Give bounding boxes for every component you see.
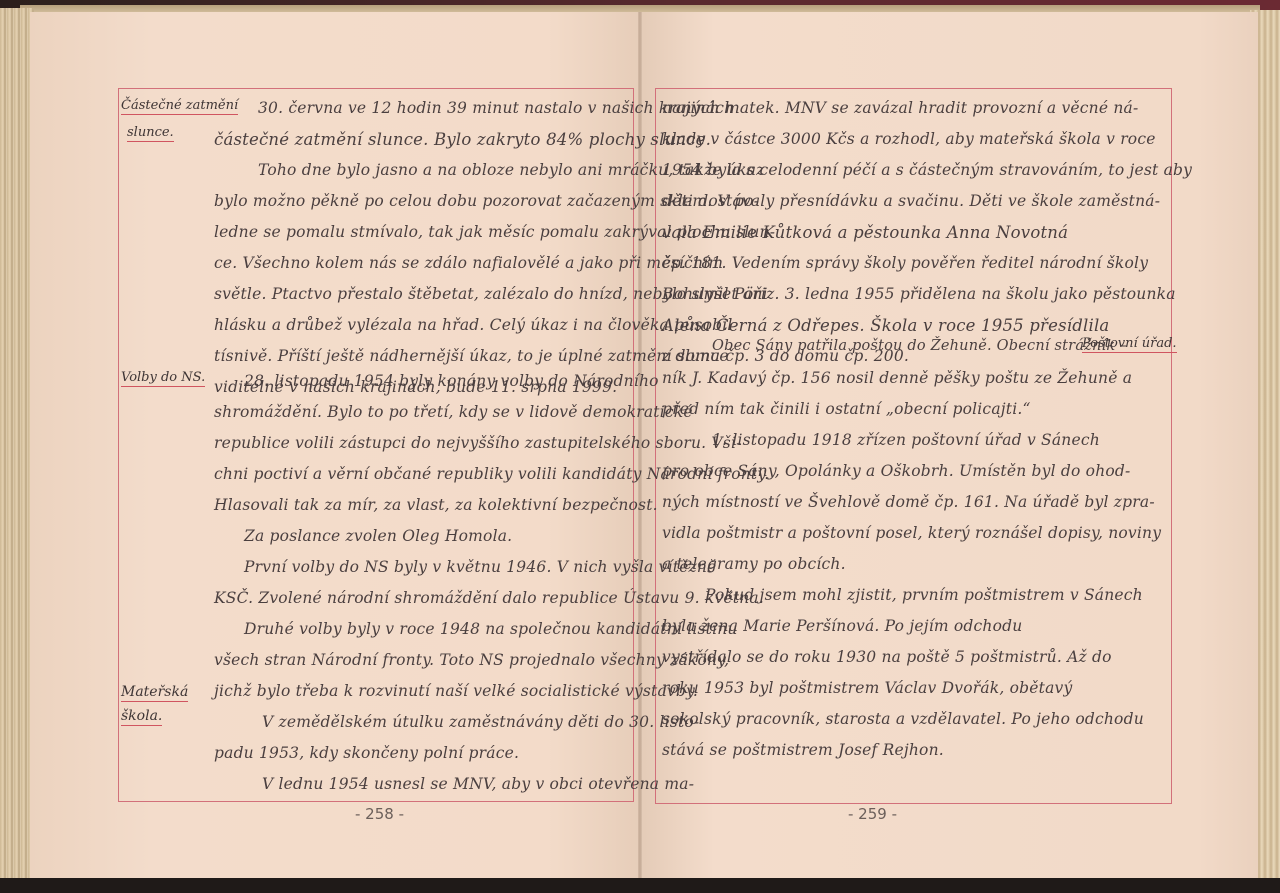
scan-background xyxy=(0,878,1280,893)
page-number-left: - 258 - xyxy=(355,805,404,823)
text-line: stává se poštmistrem Josef Rejhon. xyxy=(662,741,944,759)
text-line: Bohumil Pöřiz. 3. ledna 1955 přidělena n… xyxy=(662,285,1176,303)
text-line: tísnivě. Příští ještě nádhernější úkaz, … xyxy=(214,347,729,365)
text-line: V lednu 1954 usnesl se MNV, aby v obci o… xyxy=(262,775,694,793)
text-line: ných místností ve Švehlově domě čp. 161.… xyxy=(662,493,1155,511)
text-line: republice volili zástupci do nejvyššího … xyxy=(214,434,742,452)
text-line: První volby do NS byly v květnu 1946. V … xyxy=(244,558,716,576)
text-line: 1. listopadu 1918 zřízen poštovní úřad v… xyxy=(712,431,1100,449)
margin-note-line: Volby do NS. xyxy=(121,370,205,387)
text-line: sokolský pracovník, starosta a vzdělavat… xyxy=(662,710,1144,728)
page-stack-left xyxy=(0,8,34,880)
text-line: Alena Černá z Odřepes. Škola v roce 1955… xyxy=(662,316,1109,335)
text-line: a telegramy po obcích. xyxy=(662,555,846,573)
text-line: 28. listopadu 1954 byly konány volby do … xyxy=(244,372,659,390)
margin-note-line: slunce. xyxy=(127,125,174,142)
text-line: 1954 byla s celodenní péčí a s částečným… xyxy=(662,161,1192,179)
text-line: pro obce Sány, Opolánky a Oškobrh. Umíst… xyxy=(662,462,1131,480)
text-line: roku 1953 byl poštmistrem Václav Dvořák,… xyxy=(662,679,1072,697)
text-line: před ním tak činili i ostatní „obecní po… xyxy=(662,400,1031,418)
text-line: klady v částce 3000 Kčs a rozhodl, aby m… xyxy=(662,130,1156,148)
text-line: částečné zatmění slunce. Bylo zakryto 84… xyxy=(214,130,711,149)
text-line-post-intro: Obec Sány patřila poštou do Žehuně. Obec… xyxy=(712,338,1128,354)
text-line: ce. Všechno kolem nás se zdálo nafialově… xyxy=(214,254,723,272)
text-line: vystřídalo se do roku 1930 na poště 5 po… xyxy=(662,648,1112,666)
text-line: děti dostávaly přesnídávku a svačinu. Dě… xyxy=(662,192,1160,210)
text-line: všech stran Národní fronty. Toto NS proj… xyxy=(214,651,729,669)
text-line: byla žena Marie Peršínová. Po jejím odch… xyxy=(662,617,1022,635)
text-line: naných matek. MNV se zavázal hradit prov… xyxy=(662,99,1138,117)
text-line: čp. 181. Vedením správy školy pověřen ře… xyxy=(662,254,1148,272)
text-line: ník J. Kadavý čp. 156 nosil denně pěšky … xyxy=(662,369,1132,387)
text-line: vidla poštmistr a poštovní posel, který … xyxy=(662,524,1161,542)
text-line: hlásku a drůbež vylézala na hřad. Celý ú… xyxy=(214,316,733,334)
text-line: Hlasovali tak za mír, za vlast, za kolek… xyxy=(214,496,658,514)
text-line: Za poslance zvolen Oleg Homola. xyxy=(244,527,512,545)
text-line: V zemědělském útulku zaměstnávány děti d… xyxy=(262,713,699,731)
text-line: jichž bylo třeba k rozvinutí naší velké … xyxy=(214,682,698,700)
text-line: Pokud jsem mohl zjistit, prvním poštmist… xyxy=(705,586,1143,604)
text-line: KSČ. Zvolené národní shromáždění dalo re… xyxy=(214,589,764,607)
margin-note-line: škola. xyxy=(121,708,162,726)
margin-note-kindergarten: Mateřská škola. xyxy=(121,684,188,726)
page-number-right: - 259 - xyxy=(848,805,897,823)
text-line: padu 1953, kdy skončeny polní práce. xyxy=(214,744,519,762)
margin-note-line: Mateřská xyxy=(121,684,188,702)
text-line: shromáždění. Bylo to po třetí, kdy se v … xyxy=(214,403,693,421)
margin-note-elections: Volby do NS. xyxy=(121,370,205,387)
margin-note-line: Částečné zatmění xyxy=(121,98,238,115)
text-line: vala Emilie Kůtková a pěstounka Anna Nov… xyxy=(662,223,1068,242)
